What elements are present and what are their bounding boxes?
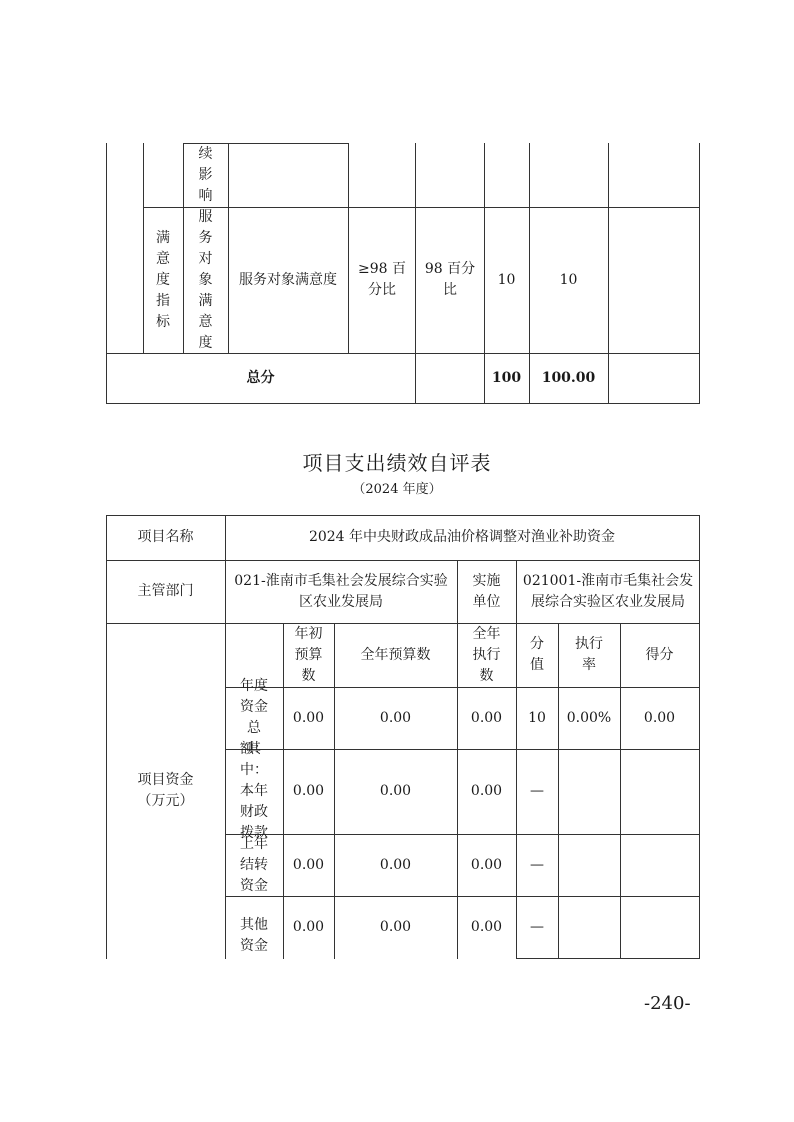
cell-executed: 0.00	[457, 687, 516, 749]
dept-label: 主管部门	[138, 581, 194, 602]
impl-label: 实施单位	[472, 571, 502, 613]
col-header-weight: 分值	[516, 623, 558, 687]
funds-label-cell: 项目资金 （万元）	[106, 623, 225, 959]
col-header-score: 得分	[620, 623, 699, 687]
col-header-initial-budget: 年初预算数	[283, 623, 334, 687]
indicator-name: 服务对象满意度	[239, 270, 337, 291]
score-cell: 10	[529, 207, 608, 353]
project-name-value-cell: 2024 年中央财政成品油价格调整对渔业补助资金	[225, 515, 699, 560]
total-score: 100.00	[542, 368, 596, 389]
impl-label-cell: 实施单位	[457, 560, 516, 623]
funds-label-line2: （万元）	[138, 791, 194, 812]
row-label-fiscal-appropriation: 其中：本年财政拨款	[225, 749, 283, 834]
table-border	[516, 958, 700, 959]
cell-score: 0.00	[620, 687, 699, 749]
level2-indicator-text: 满意度指标	[155, 228, 171, 333]
impl-value-cell: 021001-淮南市毛集社会发展综合实验区农业发展局	[519, 560, 697, 623]
level3-indicator-text: 服务对象满意度	[198, 207, 214, 354]
total-score-cell: 100.00	[529, 353, 608, 403]
project-name-label-cell: 项目名称	[106, 515, 225, 560]
row-label-carryover: 上年结转资金	[225, 834, 283, 896]
indicator-name-cell: 服务对象满意度	[228, 207, 348, 353]
cell-annual: 0.00	[334, 749, 457, 834]
level2-indicator-cell: 满意度指标	[143, 207, 183, 353]
level3-indicator-text: 续影响	[198, 144, 214, 207]
col-header-annual-budget: 全年预算数	[334, 623, 457, 687]
score-value: 10	[560, 270, 578, 291]
total-weight: 100	[492, 368, 521, 389]
cell-initial: 0.00	[283, 896, 334, 958]
project-name-label: 项目名称	[138, 527, 194, 548]
cell-rate: 0.00%	[558, 687, 620, 749]
funds-label-line1: 项目资金	[138, 770, 194, 791]
form-title: 项目支出绩效自评表	[0, 447, 794, 476]
table-border	[106, 403, 700, 404]
form-year-note: （2024 年度）	[0, 478, 794, 497]
table-border	[699, 143, 700, 404]
table-border	[516, 560, 517, 623]
cell-weight: —	[516, 834, 558, 896]
cell-annual: 0.00	[334, 896, 457, 958]
dept-value-cell: 021-淮南市毛集社会发展综合实验区农业发展局	[232, 560, 450, 623]
col-header-executed: 全年执行数	[457, 623, 516, 687]
target-value: ≥98 百分比	[352, 259, 412, 301]
total-label: 总分	[247, 368, 275, 389]
cell-weight: —	[516, 896, 558, 958]
cell-executed: 0.00	[457, 896, 516, 958]
col-header-rate: 执行率	[558, 623, 620, 687]
total-weight-cell: 100	[484, 353, 529, 403]
dept-value: 021-淮南市毛集社会发展综合实验区农业发展局	[232, 571, 450, 613]
cell-executed: 0.00	[457, 749, 516, 834]
cell-executed: 0.00	[457, 834, 516, 896]
table-border	[699, 515, 700, 959]
cell-weight: 10	[516, 687, 558, 749]
level3-indicator-cell: 续影响	[183, 143, 228, 207]
total-label-cell: 总分	[106, 353, 415, 403]
weight-cell: 10	[484, 207, 529, 353]
target-value-cell: ≥98 百分比	[352, 207, 412, 353]
row-label-other-funds: 其他资金	[225, 896, 283, 958]
cell-initial: 0.00	[283, 834, 334, 896]
level3-indicator-cell: 服务对象满意度	[183, 207, 228, 353]
table-border	[608, 143, 609, 404]
table-border	[348, 143, 349, 353]
cell-weight: —	[516, 749, 558, 834]
cell-annual: 0.00	[334, 834, 457, 896]
table-border	[415, 143, 416, 404]
actual-value: 98 百分比	[420, 259, 480, 301]
cell-initial: 0.00	[283, 749, 334, 834]
cell-initial: 0.00	[283, 687, 334, 749]
impl-value: 021001-淮南市毛集社会发展综合实验区农业发展局	[519, 571, 697, 613]
project-name-value: 2024 年中央财政成品油价格调整对渔业补助资金	[309, 527, 615, 548]
page-number: -240-	[644, 993, 691, 1014]
actual-value-cell: 98 百分比	[420, 207, 480, 353]
dept-label-cell: 主管部门	[106, 560, 225, 623]
cell-annual: 0.00	[334, 687, 457, 749]
weight-value: 10	[498, 270, 516, 291]
